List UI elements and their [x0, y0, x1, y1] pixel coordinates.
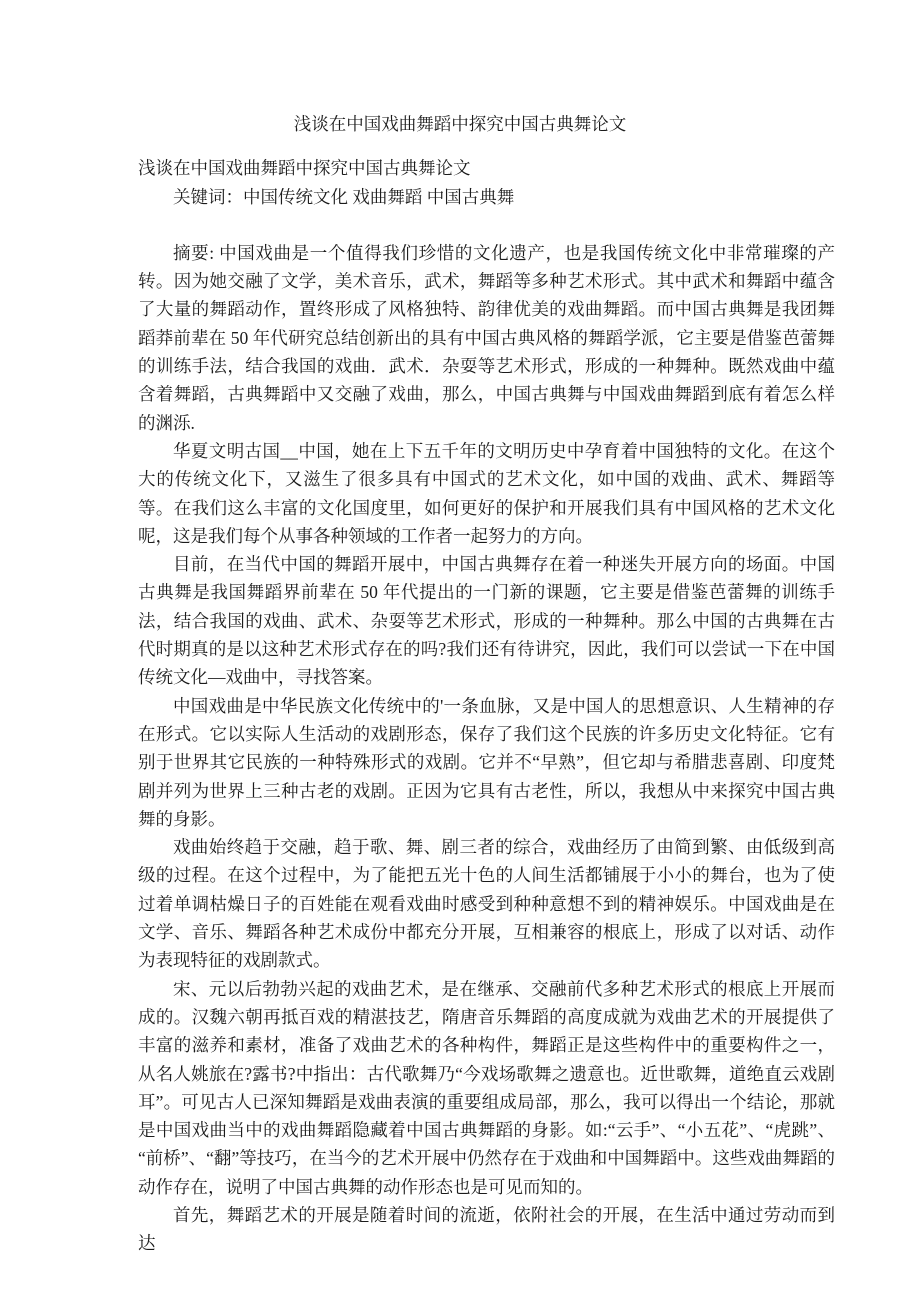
- document-page: 浅谈在中国戏曲舞蹈中探究中国古典舞论文 浅谈在中国戏曲舞蹈中探究中国古典舞论文 …: [0, 0, 920, 1302]
- keywords-line: 关键词：中国传统文化 戏曲舞蹈 中国古典舞: [138, 183, 835, 211]
- paragraph: 中国戏曲是中华民族文化传统中的'一条血脉，又是中国人的思想意识、人生精神的存在形…: [138, 692, 835, 833]
- document-title: 浅谈在中国戏曲舞蹈中探究中国古典舞论文: [85, 110, 835, 138]
- paragraph-abstract: 摘要: 中国戏曲是一个值得我们珍惜的文化遗产，也是我国传统文化中非常璀璨的产转。…: [138, 239, 835, 437]
- paragraph: 首先，舞蹈艺术的开展是随着时间的流逝，依附社会的开展，在生活中通过劳动而到达: [138, 1201, 835, 1258]
- paragraph: 目前，在当代中国的舞蹈开展中，中国古典舞存在着一种迷失开展方向的场面。中国古典舞…: [138, 550, 835, 691]
- paragraph: 戏曲始终趋于交融，趋于歌、舞、剧三者的综合，戏曲经历了由简到繁、由低级到高级的过…: [138, 833, 835, 974]
- paragraph: 宋、元以后勃勃兴起的戏曲艺术，是在继承、交融前代多种艺术形式的根底上开展而成的。…: [138, 975, 835, 1201]
- paragraph: 华夏文明古国__中国，她在上下五千年的文明历史中孕育着中国独特的文化。在这个大的…: [138, 437, 835, 550]
- document-subtitle: 浅谈在中国戏曲舞蹈中探究中国古典舞论文: [138, 154, 835, 182]
